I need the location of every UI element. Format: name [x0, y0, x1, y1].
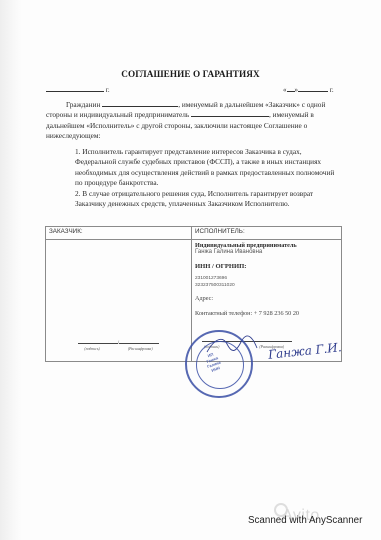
phone-value: + 7 928 236 50 20 [254, 310, 299, 317]
address-label: Адрес: [195, 295, 338, 302]
seal-stamp: ИП Ганжа Галина ИНН [185, 330, 253, 398]
contractor-type: Индивидуальный предприниматель [195, 242, 338, 249]
caption-signature: (подпись) [84, 347, 99, 351]
clause-1: 1. Исполнитель гарантирует представление… [46, 147, 340, 189]
customer-cell: / (подпись) (Расшифровка) [46, 240, 192, 362]
month-blank [298, 85, 328, 92]
day-blank [287, 85, 295, 92]
customer-signature-block: / (подпись) (Расшифровка) [46, 339, 191, 351]
contractor-header: ИСПОЛНИТЕЛЬ: [192, 227, 342, 240]
date-line: «» г. [283, 85, 334, 94]
ogrnip-value: 323237500311020 [195, 283, 338, 290]
scanned-page: СОГЛАШЕНИЕ О ГАРАНТИЯХ г. «» г. Граждани… [0, 0, 381, 540]
place-line: г. [46, 85, 110, 94]
inn-ogrnip-label: ИНН / ОГРНИП: [195, 263, 338, 270]
preamble-part1: Гражданин [46, 100, 100, 109]
place-blank [46, 85, 104, 92]
caption-decoding: (Расшифровка) [128, 347, 153, 351]
customer-signature-line [78, 343, 118, 344]
phone-label: Контактный телефон: [195, 310, 252, 317]
document-title: СОГЛАШЕНИЕ О ГАРАНТИЯХ [0, 69, 381, 79]
customer-header: ЗАКАЗЧИК: [46, 227, 192, 240]
contractor-name: Ганжа Галина Ивановна [195, 249, 338, 255]
preamble-paragraph: Гражданин , именуемый в дальнейшем «Зака… [46, 100, 340, 142]
customer-decoding-line [119, 343, 159, 344]
customer-name-blank [102, 100, 178, 107]
clauses: 1. Исполнитель гарантирует представление… [46, 147, 340, 209]
clause-2: 2. В случае отрицательного решения суда,… [46, 189, 340, 210]
contractor-name-blank [191, 110, 269, 117]
date-suffix: г. [330, 86, 334, 94]
place-suffix: г. [106, 86, 110, 94]
phone-line: Контактный телефон: + 7 928 236 50 20 [195, 310, 338, 317]
scanner-label: Scanned with AnyScanner [248, 515, 362, 526]
